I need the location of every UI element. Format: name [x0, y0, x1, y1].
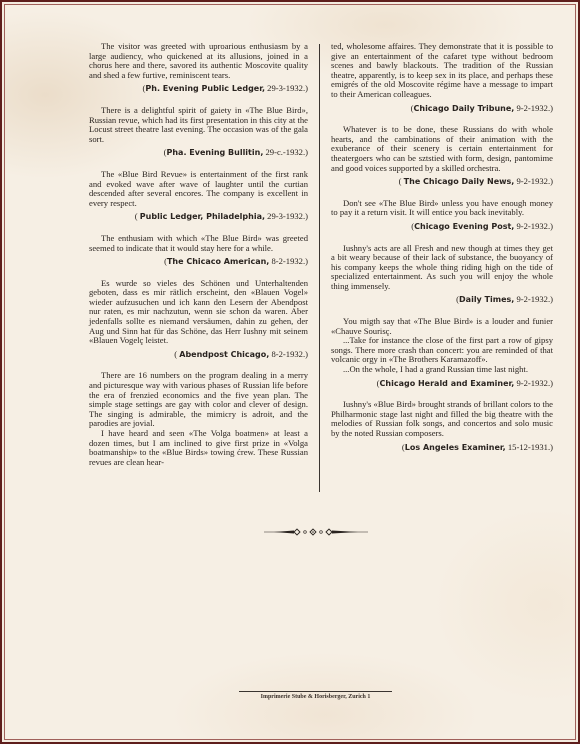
source-date: 8-2-1932.) — [269, 256, 308, 266]
quote-text: Iushny's «Blue Bird» brought strands of … — [331, 400, 553, 438]
quote-source: (Chicago Evening Post, 9-2-1932.) — [331, 222, 553, 232]
quote-source: (Chicago Daily Tribune, 9-2-1932.) — [331, 104, 553, 114]
review-quote: You migth say that «The Blue Bird» is a … — [331, 317, 553, 388]
quote-text: Whatever is to be done, these Russians d… — [331, 125, 553, 173]
quote-text: Iushny's acts are all Fresh and new thou… — [331, 244, 553, 292]
quote-text: ...On the whole, I had a grand Russian t… — [331, 365, 553, 375]
source-name: Ph. Evening Public Ledger, — [145, 84, 265, 93]
imprint-rule — [239, 691, 392, 692]
review-quote: Es wurde so vieles des Schönen und Unter… — [89, 279, 308, 360]
review-quote: ted, wholesome affaires. They demonstrat… — [331, 42, 553, 113]
source-name: Daily Times, — [459, 295, 514, 304]
source-name: The Chicago Daily News, — [404, 177, 515, 186]
source-date: 9-2-1932.) — [514, 103, 553, 113]
quote-source: (The Chicaco American, 8-2-1932.) — [89, 257, 308, 267]
quote-source: (Chicago Herald and Examiner, 9-2-1932.) — [331, 379, 553, 389]
quote-text: The visitor was greeted with uproarious … — [89, 42, 308, 80]
source-date: 29-3-1932.) — [265, 211, 308, 221]
review-quote: The visitor was greeted with uproarious … — [89, 42, 308, 94]
quote-text: Es wurde so vieles des Schönen und Unter… — [89, 279, 308, 346]
review-quote: There is a delightful spirit of gaiety i… — [89, 106, 308, 158]
quote-source: (Pha. Evening Bullitin, 29-c.-1932.) — [89, 148, 308, 158]
quote-text: ted, wholesome affaires. They demonstrat… — [331, 42, 553, 100]
review-quote: The enthusiam with which «The Blue Bird»… — [89, 234, 308, 267]
source-name: Chicago Daily Tribune, — [414, 104, 515, 113]
left-column: The visitor was greeted with uproarious … — [89, 42, 308, 467]
ornament-rule-icon — [264, 524, 368, 540]
quote-source: ( Abendpost Chicago, 8-2-1932.) — [89, 350, 308, 360]
review-quote: Don't see «The Blue Bird» unless you hav… — [331, 199, 553, 232]
quote-text: The «Blue Bird Revue» is entertainment o… — [89, 170, 308, 208]
quote-source: (Daily Times, 9-2-1932.) — [331, 295, 553, 305]
source-date: 9-2-1932.) — [514, 176, 553, 186]
quote-source: (Ph. Evening Public Ledger, 29-3-1932.) — [89, 84, 308, 94]
review-quote: Iushny's acts are all Fresh and new thou… — [331, 244, 553, 306]
review-quote: Whatever is to be done, these Russians d… — [331, 125, 553, 187]
source-name: Chicago Herald and Examiner, — [380, 379, 515, 388]
source-date: 15-12-1931.) — [506, 442, 553, 452]
source-name: Chicago Evening Post, — [414, 222, 514, 231]
source-name: The Chicaco American, — [167, 257, 269, 266]
source-date: 29-c.-1932.) — [263, 147, 308, 157]
quote-text: You migth say that «The Blue Bird» is a … — [331, 317, 553, 336]
right-column: ted, wholesome affaires. They demonstrat… — [331, 42, 553, 452]
source-name: Abendpost Chicago, — [179, 350, 269, 359]
review-quote: Iushny's «Blue Bird» brought strands of … — [331, 400, 553, 452]
source-name: Public Ledger, Philadelphia, — [140, 212, 265, 221]
source-name: Los Angeles Examiner, — [405, 443, 506, 452]
review-quote: The «Blue Bird Revue» is entertainment o… — [89, 170, 308, 222]
source-date: 29-3-1932.) — [265, 83, 308, 93]
source-date: 8-2-1932.) — [269, 349, 308, 359]
quote-text: There is a delightful spirit of gaiety i… — [89, 106, 308, 144]
quote-source: ( The Chicago Daily News, 9-2-1932.) — [331, 177, 553, 187]
column-divider — [319, 44, 320, 492]
source-name: Pha. Evening Bullitin, — [167, 148, 264, 157]
source-date: 9-2-1932.) — [514, 294, 553, 304]
quote-text: ...Take for instance the close of the fi… — [331, 336, 553, 365]
quote-text: I have heard and seen «The Volga boatmen… — [89, 429, 308, 467]
quote-text: There are 16 numbers on the program deal… — [89, 371, 308, 429]
quote-text: The enthusiam with which «The Blue Bird»… — [89, 234, 308, 253]
quote-text: Don't see «The Blue Bird» unless you hav… — [331, 199, 553, 218]
review-quote: There are 16 numbers on the program deal… — [89, 371, 308, 467]
source-date: 9-2-1932.) — [514, 221, 553, 231]
quote-source: (Los Angeles Examiner, 15-12-1931.) — [331, 443, 553, 453]
source-date: 9-2-1932.) — [514, 378, 553, 388]
printer-imprint: Imprimerie Stube & Horisberger, Zurich 1 — [239, 694, 392, 700]
quote-source: ( Public Ledger, Philadelphia, 29-3-1932… — [89, 212, 308, 222]
